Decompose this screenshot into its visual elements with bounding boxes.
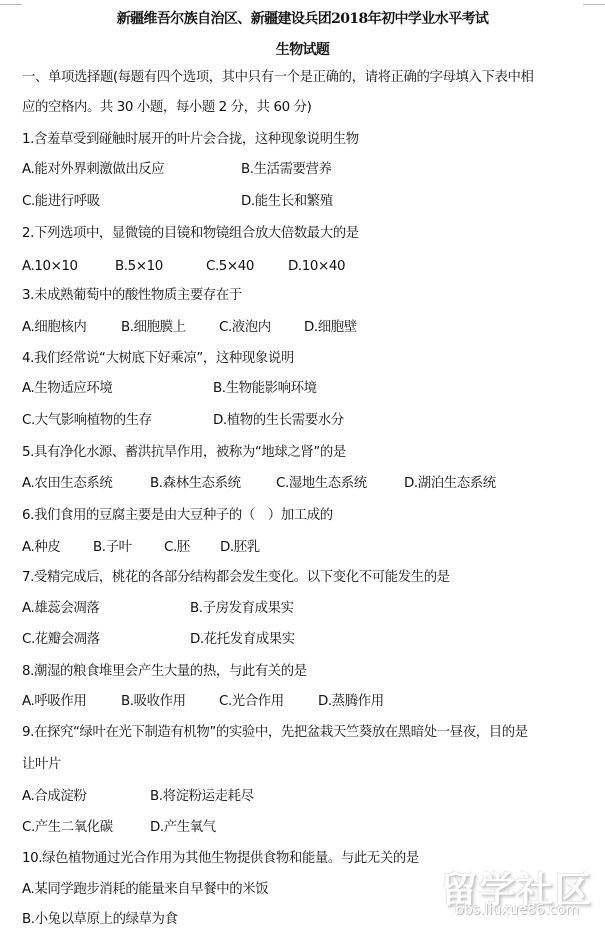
question-9-options-row1: A.合成淀粉 B.将淀粉运走耗尽 xyxy=(22,788,582,806)
question-8-option-d: D.蒸腾作用 xyxy=(318,693,384,711)
question-10-stem: 10.绿色植物通过光合作用为其他生物提供食物和能量。与此无关的是 xyxy=(22,850,419,868)
question-8-stem: 8.潮湿的粮食堆里会产生大量的热，与此有关的是 xyxy=(22,663,307,681)
watermark-logo: 留学社区 bbs.liuxue86.com xyxy=(432,862,602,924)
question-4-options-row2: C.大气影响植物的生存 D.植物的生长需要水分 xyxy=(22,412,582,430)
question-7-option-d: D.花托发育成果实 xyxy=(190,631,295,649)
question-1-option-a: A.能对外界刺激做出反应 xyxy=(22,161,164,179)
watermark-url: bbs.liuxue86.com xyxy=(442,902,592,918)
question-2-options: A.10×10 B.5×10 C.5×40 D.10×40 xyxy=(22,258,582,276)
question-2-stem: 2.下列选项中，显微镜的目镜和物镜组合放大倍数最大的是 xyxy=(22,225,359,243)
question-5-option-d: D.湖泊生态系统 xyxy=(404,475,496,493)
question-7-options-row2: C.花瓣会凋落 D.花托发育成果实 xyxy=(22,631,582,649)
question-9-option-c: C.产生二氧化碳 xyxy=(22,819,113,837)
question-9-option-d: D.产生氧气 xyxy=(150,819,216,837)
question-4-stem: 4.我们经常说“大树底下好乘凉”，这种现象说明 xyxy=(22,350,294,368)
question-6-option-b: B.子叶 xyxy=(93,539,132,557)
question-9-stem-continued: 让叶片 xyxy=(22,756,61,774)
question-10-option-b: B.小兔以草原上的绿草为食 xyxy=(22,911,178,929)
question-1-options-row2: C.能进行呼吸 D.能生长和繁殖 xyxy=(22,193,582,211)
question-5-option-a: A.农田生态系统 xyxy=(22,475,112,493)
section-instructions-line1: 一、单项选择题(每题有四个选项，其中只有一个是正确的，请将正确的字母填入下表中相 xyxy=(22,69,533,87)
question-3-options: A.细胞核内 B.细胞膜上 C.液泡内 D.细胞壁 xyxy=(22,319,582,337)
question-5-option-b: B.森林生态系统 xyxy=(150,475,241,493)
exam-subtitle: 生物试题 xyxy=(0,39,605,59)
question-9-options-row2: C.产生二氧化碳 D.产生氧气 xyxy=(22,819,582,837)
question-6-stem: 6.我们食用的豆腐主要是由大豆种子的（ ）加工成的 xyxy=(22,507,333,525)
question-2-option-a: A.10×10 xyxy=(22,258,78,276)
question-8-option-a: A.呼吸作用 xyxy=(22,693,86,711)
question-3-option-a: A.细胞核内 xyxy=(22,319,86,337)
section-instructions-line2: 应的空格内。共 30 小题，每小题 2 分，共 60 分) xyxy=(22,99,311,117)
page-corner-mark-left xyxy=(0,0,22,5)
question-4-option-a: A.生物适应环境 xyxy=(22,380,112,398)
question-3-option-b: B.细胞膜上 xyxy=(121,319,186,337)
question-3-option-d: D.细胞壁 xyxy=(304,319,357,337)
question-1-stem: 1.含羞草受到碰触时展开的叶片会合拢，这种现象说明生物 xyxy=(22,131,359,149)
question-9-option-b: B.将淀粉运走耗尽 xyxy=(150,788,254,806)
question-4-options-row1: A.生物适应环境 B.生物能影响环境 xyxy=(22,380,582,398)
question-7-option-a: A.雄蕊会凋落 xyxy=(22,600,99,618)
question-5-options: A.农田生态系统 B.森林生态系统 C.湿地生态系统 D.湖泊生态系统 xyxy=(22,475,602,493)
question-4-option-b: B.生物能影响环境 xyxy=(213,380,317,398)
question-7-option-b: B.子房发育成果实 xyxy=(190,600,294,618)
question-8-option-c: C.光合作用 xyxy=(219,693,284,711)
question-2-option-b: B.5×10 xyxy=(115,258,163,276)
question-1-option-d: D.能生长和繁殖 xyxy=(241,193,333,211)
question-4-option-d: D.植物的生长需要水分 xyxy=(213,412,344,430)
exam-title: 新疆维吾尔族自治区、新疆建设兵团2018年初中学业水平考试 xyxy=(0,8,605,28)
question-6-option-c: C.胚 xyxy=(164,539,190,557)
question-8-options: A.呼吸作用 B.吸收作用 C.光合作用 D.蒸腾作用 xyxy=(22,693,582,711)
question-7-options-row1: A.雄蕊会凋落 B.子房发育成果实 xyxy=(22,600,582,618)
question-1-option-b: B.生活需要营养 xyxy=(241,161,332,179)
question-6-options: A.种皮 B.子叶 C.胚 D.胚乳 xyxy=(22,539,582,557)
question-2-option-c: C.5×40 xyxy=(206,258,254,276)
question-1-options-row1: A.能对外界刺激做出反应 B.生活需要营养 xyxy=(22,161,582,179)
question-2-option-d: D.10×40 xyxy=(288,258,345,276)
question-9-stem: 9.在探究“绿叶在光下制造有机物”的实验中，先把盆栽天竺葵放在黑暗处一昼夜，目的… xyxy=(22,724,528,742)
question-5-stem: 5.具有净化水源、蓄洪抗旱作用，被称为“地球之肾”的是 xyxy=(22,444,346,462)
question-4-option-c: C.大气影响植物的生存 xyxy=(22,412,152,430)
question-9-option-a: A.合成淀粉 xyxy=(22,788,86,806)
question-8-option-b: B.吸收作用 xyxy=(121,693,186,711)
question-6-option-a: A.种皮 xyxy=(22,539,60,557)
page-corner-mark-right xyxy=(583,0,605,5)
question-10-option-a: A.某同学跑步消耗的能量来自早餐中的米饭 xyxy=(22,881,268,899)
question-7-option-c: C.花瓣会凋落 xyxy=(22,631,100,649)
question-5-option-c: C.湿地生态系统 xyxy=(276,475,367,493)
question-3-stem: 3.未成熟葡萄中的酸性物质主要存在于 xyxy=(22,287,242,305)
question-6-option-d: D.胚乳 xyxy=(220,539,260,557)
watermark-text: 留学社区 xyxy=(432,862,602,913)
question-3-option-c: C.液泡内 xyxy=(219,319,271,337)
question-1-option-c: C.能进行呼吸 xyxy=(22,193,100,211)
question-7-stem: 7.受精完成后，桃花的各部分结构都会发生变化。以下变化不可能发生的是 xyxy=(22,569,450,587)
